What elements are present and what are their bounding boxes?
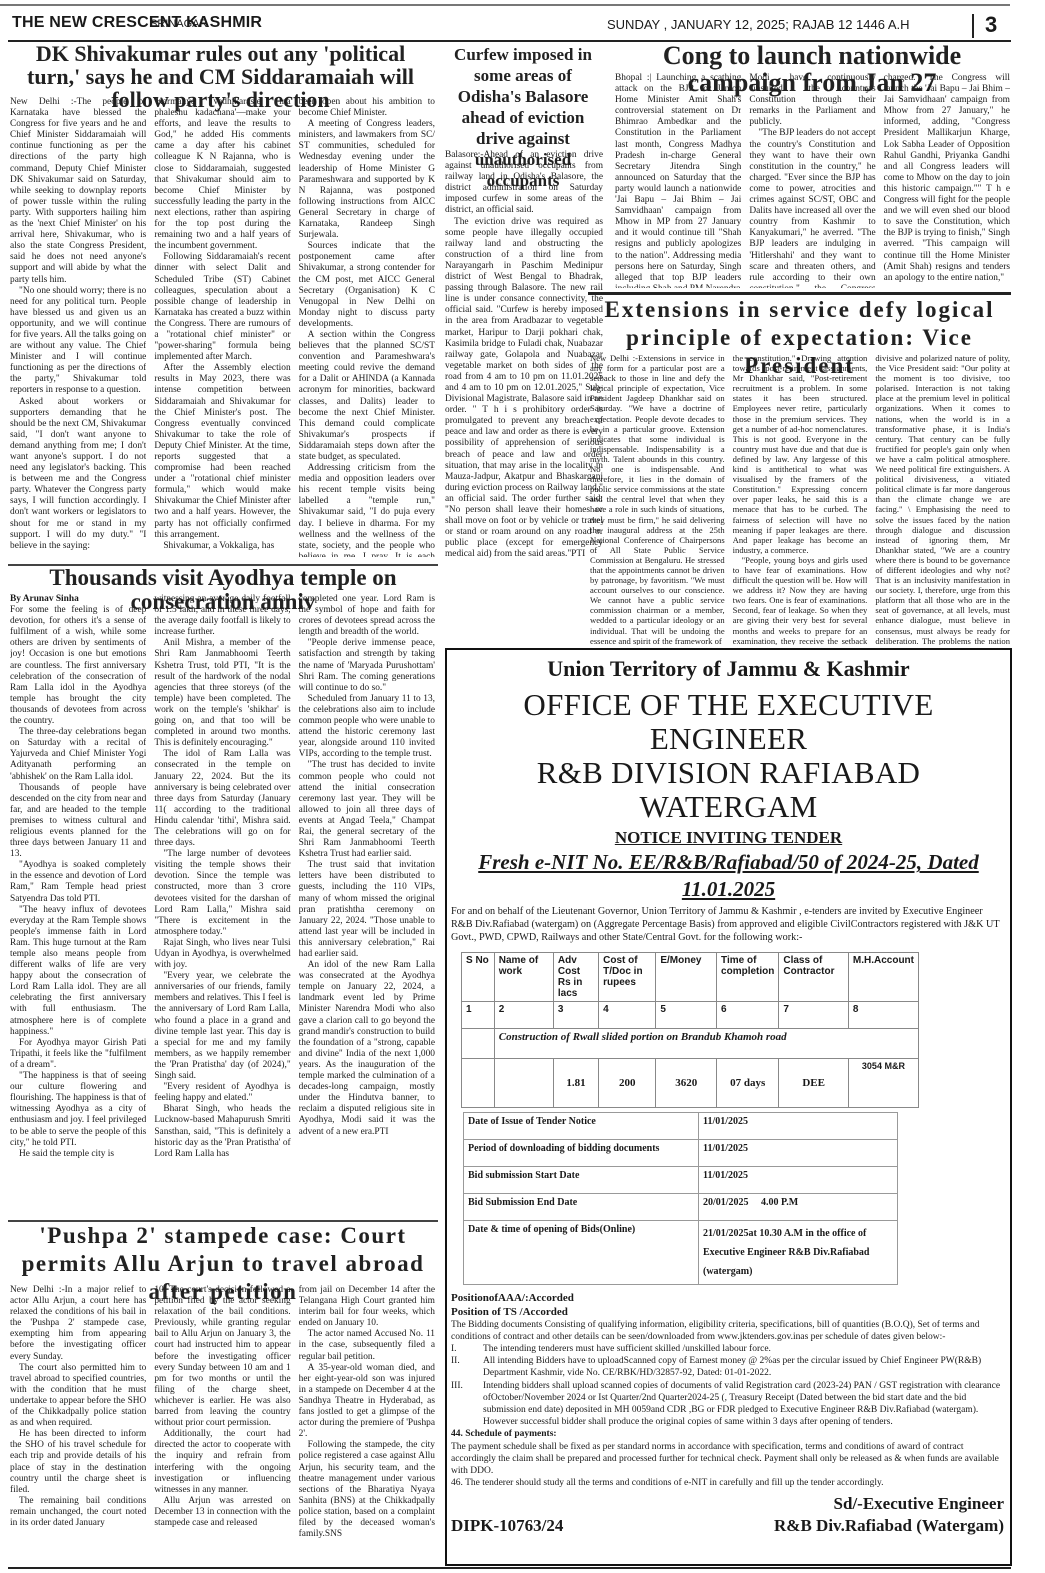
- column-1: By Arunav Sinha For some the feeling is …: [10, 594, 146, 1216]
- paragraph: "The happiness is that of seeing our cul…: [10, 1071, 146, 1149]
- paragraph: A meeting of Congress leaders, ministers…: [299, 119, 435, 241]
- paragraph: He said the temple city is: [10, 1149, 146, 1160]
- paragraph: An idol of the new Ram Lalla was consecr…: [299, 960, 435, 1138]
- paragraph: "People, young boys and girls used to ha…: [733, 555, 868, 645]
- paragraph: New Delhi :-The people of Karnataka have…: [10, 97, 146, 286]
- date-label: Date of Issue of Tender Notice: [464, 1112, 699, 1139]
- paragraph: Scheduled from January 11 to 13, the cel…: [299, 694, 435, 761]
- header-cell: Name of work: [494, 952, 553, 1001]
- cell: [494, 1058, 553, 1107]
- paragraph: A section within the Congress believes t…: [299, 330, 435, 463]
- clause-46: 46. The tenderer should study all the te…: [451, 1477, 1006, 1489]
- dates-table: Date of Issue of Tender Notice 11/01/202…: [463, 1112, 898, 1285]
- paragraph: Additionally, the court had directed the…: [154, 1429, 290, 1496]
- paragraph: New Delhi :-Extensions in service in any…: [590, 353, 725, 645]
- cell: 3620: [656, 1058, 717, 1107]
- work-table: S No Name of work Adv Cost Rs in lacs Co…: [461, 952, 919, 1108]
- paragraph: been open about his ambition to become C…: [299, 97, 435, 119]
- column-1: Balasore:-Ahead of an eviction drive aga…: [445, 150, 603, 560]
- header-cell: Adv Cost Rs in lacs: [553, 952, 598, 1001]
- header-cell: Class of Contractor: [779, 952, 849, 1001]
- table-row: 1.81 200 3620 07 days DEE 3054 M&R: [462, 1058, 919, 1107]
- city-label: SRINAGAR: [150, 18, 207, 30]
- column-2: Modi have continuously "insulted "the co…: [749, 73, 875, 288]
- clause-item: III. Intending bidders shall upload scan…: [451, 1380, 1006, 1429]
- enit-date: 11.01.2025: [451, 877, 1006, 901]
- paragraph: witnessing an average daily footfall of …: [154, 594, 290, 638]
- table-header-row: S No Name of work Adv Cost Rs in lacs Co…: [462, 952, 919, 1001]
- column-3: charged. "The Congress will launch the '…: [884, 73, 1010, 288]
- cell: 200: [599, 1058, 656, 1107]
- cell: 2: [494, 1001, 553, 1028]
- paragraph: Bharat Singh, who heads the Lucknow-base…: [154, 1104, 290, 1159]
- tender-notice: Union Territory of Jammu & Kashmir OFFIC…: [445, 648, 1012, 1566]
- paragraph: "Every year, we celebrate the anniversar…: [154, 971, 290, 1082]
- clause-item: II. All intending Bidders have to upload…: [451, 1355, 1006, 1379]
- paragraph: "The trust has decided to invite common …: [299, 760, 435, 860]
- paragraph: "The BJP leaders do not accept the count…: [749, 128, 875, 288]
- cell: 4: [599, 1001, 656, 1028]
- column-2: witnessing an average daily footfall of …: [154, 594, 290, 1216]
- paragraph: "Every resident of Ayodhya is feeling ha…: [154, 1082, 290, 1104]
- table-row: 1 2 3 4 5 6 7 8: [462, 1001, 919, 1028]
- date-label: Bid submission Start Date: [464, 1166, 699, 1193]
- column-3: from jail on December 14 after the Telan…: [299, 1285, 435, 1565]
- paragraph: The actor named Accused No. 11 in the ca…: [299, 1329, 435, 1362]
- table-row: Date of Issue of Tender Notice 11/01/202…: [464, 1112, 898, 1139]
- paragraph: charged. "The Congress will launch the '…: [884, 73, 1010, 284]
- bottom-rule: [8, 1567, 1011, 1569]
- paragraph: For Ayodhya mayor Girish Pati Tripathi, …: [10, 1038, 146, 1071]
- cell: [462, 1058, 495, 1107]
- top-rule: [0, 4, 1010, 6]
- masthead: THE NEW CRESCENT KASHMIR SRINAGAR SUNDAY…: [12, 14, 1007, 38]
- cell: 6: [717, 1001, 779, 1028]
- byline: By Arunav Sinha: [10, 594, 146, 605]
- paragraph: "People derive immense peace, satisfacti…: [299, 638, 435, 693]
- column-2: 10. The court's decision followed a peti…: [154, 1285, 290, 1565]
- cell: 07 days: [717, 1058, 779, 1107]
- office-title-line1: OFFICE OF THE EXECUTIVE ENGINEER: [451, 688, 1006, 756]
- page-number: 3: [985, 12, 997, 38]
- position-aaa: PositionofAAA/:Accorded: [451, 1291, 1006, 1305]
- paragraph: Thousands of people have descended on th…: [10, 783, 146, 861]
- paragraph: "Ayodhya is soaked completely in the ess…: [10, 860, 146, 904]
- article-body: Balasore:-Ahead of an eviction drive aga…: [445, 150, 603, 560]
- column-1: New Delhi :-The people of Karnataka have…: [10, 97, 146, 557]
- paragraph: divisive and polarized nature of polity,…: [875, 353, 1010, 645]
- signature: Sd/-Executive Engineer: [834, 1494, 1004, 1514]
- cell: 3: [553, 1001, 598, 1028]
- paragraph: from jail on December 14 after the Telan…: [299, 1285, 435, 1329]
- article-body: New Delhi :-Extensions in service in any…: [590, 353, 1010, 645]
- paragraph: Bhopal :| Launching a scathing attack on…: [615, 73, 741, 288]
- paragraph: New Delhi :-In a major relief to actor A…: [10, 1285, 146, 1363]
- paragraph: "No one should worry; there is no need f…: [10, 286, 146, 397]
- paragraph: A 35-year-old woman died, and her eight-…: [299, 1363, 435, 1441]
- column-2: 'Karmanye vadhikaraste ma phaleshu kadac…: [154, 97, 290, 557]
- paragraph: For some the feeling is of deep devotion…: [10, 605, 146, 727]
- header-cell: Time of completion: [717, 952, 779, 1001]
- paragraph: Anil Mishra, a member of the Shri Ram Ja…: [154, 638, 290, 749]
- date-label: Date & time of opening of Bids(Online): [464, 1220, 699, 1284]
- paragraph: After the Assembly election results in M…: [154, 363, 290, 541]
- dipk-number: DIPK-10763/24: [451, 1516, 563, 1536]
- paragraph: 'Karmanye vadhikaraste ma phaleshu kadac…: [154, 97, 290, 252]
- cell: DEE: [779, 1058, 849, 1107]
- clause-item: I. The intending tenderers must have suf…: [451, 1343, 1006, 1355]
- paragraph: Modi have continuously "insulted "the co…: [749, 73, 875, 128]
- paragraph: Following the stampede, the city police …: [299, 1440, 435, 1540]
- clause-number: III.: [451, 1380, 483, 1429]
- paragraph: Following Siddaramaiah's recent dinner w…: [154, 252, 290, 363]
- division-name: R&B Div.Rafiabad (Watergam): [774, 1516, 1004, 1536]
- header-cell: M.H.Account: [848, 952, 918, 1001]
- newspaper-name: THE NEW CRESCENT KASHMIR: [12, 14, 262, 32]
- column-1: Bhopal :| Launching a scathing attack on…: [615, 73, 741, 288]
- paragraph: Sources indicate that the postponement c…: [299, 241, 435, 330]
- table-row: Bid submission Start Date 11/01/2025: [464, 1166, 898, 1193]
- paragraph: Addressing criticism from the media and …: [299, 463, 435, 557]
- paragraph: The remaining bail conditions remain unc…: [10, 1496, 146, 1529]
- notice-title: NOTICE INVITING TENDER: [451, 828, 1006, 848]
- tender-intro: For and on behalf of the Lieutenant Gove…: [451, 905, 1006, 944]
- schedule-text: The payment schedule shall be fixed as p…: [451, 1441, 1006, 1478]
- article-body: Bhopal :| Launching a scathing attack on…: [615, 73, 1010, 288]
- article-body: New Delhi :-In a major relief to actor A…: [10, 1285, 435, 1565]
- schedule-heading: 44. Schedule of payments:: [451, 1428, 1006, 1440]
- cell: 5: [656, 1001, 717, 1028]
- clause-number: I.: [451, 1343, 483, 1355]
- column-1: New Delhi :-Extensions in service in any…: [590, 353, 725, 645]
- paragraph: The idol of Ram Lalla was consecrated in…: [154, 749, 290, 849]
- table-row: Period of downloading of bidding documen…: [464, 1139, 898, 1166]
- table-row: Construction of Rwall slided portion on …: [462, 1028, 919, 1058]
- paragraph: He has been directed to inform the SHO o…: [10, 1429, 146, 1496]
- header-cell: E/Money: [656, 952, 717, 1001]
- paragraph: Shivakumar, a Vokkaliga, has: [154, 541, 290, 552]
- date-value: 11/01/2025: [699, 1112, 898, 1139]
- paragraph: 10. The court's decision followed a peti…: [154, 1285, 290, 1429]
- clause-text: The intending tenderers must have suffic…: [483, 1343, 771, 1355]
- date-value: 20/01/2025 4.00 P.M: [699, 1193, 898, 1220]
- column-2: the constitution." Drawing attention tow…: [733, 353, 868, 645]
- header-cell: Cost of T/Doc in rupees: [599, 952, 656, 1001]
- paragraph: completed one year. Lord Ram is the symb…: [299, 594, 435, 638]
- work-name-cell: Construction of Rwall slided portion on …: [494, 1028, 918, 1058]
- paragraph: Balasore:-Ahead of an eviction drive aga…: [445, 150, 603, 217]
- cell: [462, 1028, 495, 1058]
- enit-number: Fresh e-NIT No. EE/R&B/Rafiabad/50 of 20…: [451, 850, 1006, 874]
- paragraph: the constitution." Drawing attention tow…: [733, 353, 868, 555]
- table-row: Bid Submission End Date 20/01/2025 4.00 …: [464, 1193, 898, 1220]
- paragraph: "The large number of devotees visiting t…: [154, 849, 290, 938]
- clause-text: Intending bidders shall upload scanned c…: [483, 1380, 1006, 1429]
- ut-title: Union Territory of Jammu & Kashmir: [451, 656, 1006, 682]
- cell: 8: [848, 1001, 918, 1028]
- cell: 1.81: [553, 1058, 598, 1107]
- paragraph: The trust said that invitation letters h…: [299, 860, 435, 960]
- table-row: Date & time of opening of Bids(Online) 2…: [464, 1220, 898, 1284]
- signature-block: Sd/-Executive Engineer DIPK-10763/24 R&B…: [451, 1494, 1006, 1538]
- article-body: New Delhi :-The people of Karnataka have…: [10, 97, 435, 557]
- paragraph: The three-day celebrations began on Satu…: [10, 727, 146, 782]
- date-value: 11/01/2025: [699, 1139, 898, 1166]
- column-3: completed one year. Lord Ram is the symb…: [299, 594, 435, 1216]
- column-3: divisive and polarized nature of polity,…: [875, 353, 1010, 645]
- date-value: 11/01/2025: [699, 1166, 898, 1193]
- paragraph: Rajat Singh, who lives near Tulsi Udyan …: [154, 938, 290, 971]
- date-label: Period of downloading of bidding documen…: [464, 1139, 699, 1166]
- header-cell: S No: [462, 952, 495, 1001]
- article-body: By Arunav Sinha For some the feeling is …: [10, 594, 435, 1216]
- section-rule: [588, 292, 1011, 295]
- clause-text: All intending Bidders have to uploadScan…: [483, 1355, 1006, 1379]
- paragraph: Allu Arjun was arrested on December 13 i…: [154, 1496, 290, 1529]
- cell: 3054 M&R: [848, 1058, 918, 1107]
- column-3: been open about his ambition to become C…: [299, 97, 435, 557]
- divider: [972, 14, 974, 38]
- paragraph: Asked about workers or supporters demand…: [10, 397, 146, 552]
- clause-number: II.: [451, 1355, 483, 1379]
- column-1: New Delhi :-In a major relief to actor A…: [10, 1285, 146, 1565]
- issue-date: SUNDAY , JANUARY 12, 2025; RAJAB 12 1446…: [607, 17, 910, 32]
- paragraph: The court also permitted him to travel a…: [10, 1363, 146, 1430]
- cell: 7: [779, 1001, 849, 1028]
- tender-terms: The Bidding documents Consisting of qual…: [451, 1319, 1006, 1490]
- cell: 1: [462, 1001, 495, 1028]
- position-ts: Position of TS /Accorded: [451, 1305, 1006, 1319]
- paragraph: "The heavy influx of devotees everyday a…: [10, 905, 146, 1038]
- paragraph: The eviction drive was required as some …: [445, 217, 603, 560]
- date-label: Bid Submission End Date: [464, 1193, 699, 1220]
- office-title-line2: R&B DIVISION RAFIABAD WATERGAM: [451, 756, 1006, 824]
- date-value: 21/01/2025at 10.30 A.M in the office of …: [699, 1220, 898, 1284]
- bidding-documents-text: The Bidding documents Consisting of qual…: [451, 1319, 1006, 1343]
